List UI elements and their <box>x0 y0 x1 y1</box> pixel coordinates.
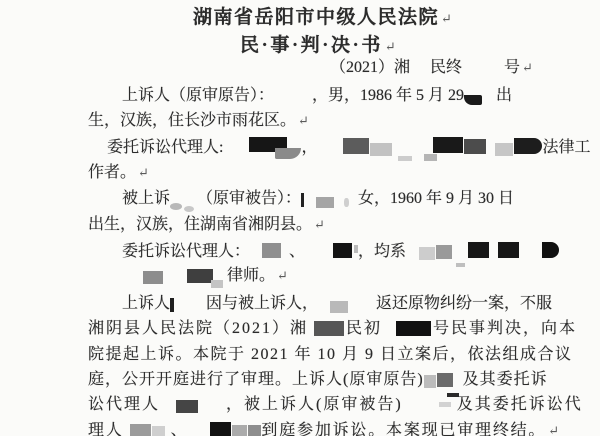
text-run: 民·事·判·决·书 <box>240 35 383 56</box>
redaction-block <box>370 143 392 156</box>
appellee-line-1: 被上诉（原审被告）：女，1960 年 9 月 30 日 <box>122 188 514 210</box>
text-run: 被上诉 <box>122 190 170 207</box>
redaction-block <box>436 245 452 259</box>
text-run: 因与被上诉人， <box>206 295 318 312</box>
appellant-line-2: 生，汉族，住长沙市雨花区。↵ <box>88 110 309 132</box>
text-gap <box>198 408 226 409</box>
text-gap <box>462 71 504 72</box>
redaction-block <box>398 156 412 161</box>
text-run: 院提起上诉。本院于 2021 年 10 月 9 日立案后，依法组成合议 <box>88 346 573 363</box>
redaction-block <box>330 301 348 313</box>
text-gap <box>305 255 333 256</box>
text-run: 民终 <box>430 59 462 76</box>
text-run: 上诉人（原审原告）： <box>122 87 274 104</box>
redaction-block <box>170 298 174 312</box>
appellee-line-2: 出生，汉族，住湖南省湘阴县。↵ <box>88 214 325 236</box>
text-gap <box>317 151 343 152</box>
redaction-block <box>333 243 352 258</box>
text-run: 委托诉讼代理人： <box>122 243 250 260</box>
text-gap <box>304 202 316 203</box>
text-gap <box>519 255 542 256</box>
text-run: 女，1960 年 9 月 30 日 <box>358 190 514 207</box>
redaction-block <box>439 402 451 407</box>
text-run: 湘阴县人民法院（2021）湘 <box>88 320 308 337</box>
text-gap <box>352 255 354 256</box>
redaction-block <box>542 242 559 258</box>
redaction-block <box>211 280 223 288</box>
redaction-block <box>232 425 247 436</box>
text-run: ， <box>301 139 317 156</box>
judgment-document-page: 湖南省岳阳市中级人民法院↵民·事·判·决·书↵（2021）湘民终号↵上诉人（原审… <box>0 0 600 436</box>
redaction-block <box>275 148 301 159</box>
redaction-block <box>262 243 281 258</box>
text-run: （原审被告）： <box>197 190 301 207</box>
redaction-block <box>514 138 542 154</box>
text-gap <box>482 99 496 100</box>
redaction-block <box>170 203 182 210</box>
text-gap <box>486 151 495 152</box>
redaction-block <box>419 247 435 260</box>
redaction-block <box>184 206 194 212</box>
redaction-block <box>464 139 486 154</box>
text-gap <box>174 307 206 308</box>
redaction-block <box>210 422 231 436</box>
text-run: 委托诉讼代理人: <box>107 139 223 156</box>
redaction-block <box>130 424 151 436</box>
text-run: 讼代理人 <box>88 396 160 413</box>
redaction-block <box>301 193 304 207</box>
redaction-block <box>316 197 334 208</box>
paragraph-mark: ↵ <box>138 165 149 180</box>
appellee-agent-line-1: 委托诉讼代理人：、，均系 <box>122 241 559 263</box>
text-run: 作者。 <box>88 164 136 181</box>
paragraph-mark: ↵ <box>522 60 533 75</box>
text-gap <box>334 202 344 203</box>
text-gap <box>348 307 376 308</box>
redaction-block <box>187 269 213 283</box>
text-gap <box>223 151 249 152</box>
case-number-line: （2021）湘民终号↵ <box>330 57 533 79</box>
agent-line-2: 作者。↵ <box>88 162 149 184</box>
text-run: 、 <box>171 422 189 436</box>
text-run: 民初 <box>346 320 382 337</box>
text-gap <box>163 279 187 280</box>
hearing-line-2: 讼代理人，被上诉人(原审被告)及其委托诉讼代 <box>88 394 583 416</box>
text-run: 及其委托诉 <box>463 371 548 388</box>
redaction-block <box>314 321 344 336</box>
text-gap <box>412 151 424 152</box>
text-run: 理人 <box>88 422 124 436</box>
text-gap <box>281 255 289 256</box>
text-run: ，男，1986 年 5 月 29 <box>312 87 464 104</box>
text-run: 上诉人 <box>122 295 170 312</box>
text-run: 到庭参加诉讼。本案现已审理终结。 <box>261 422 546 436</box>
paragraph-mark: ↵ <box>548 423 559 436</box>
text-run: 返还原物纠纷一案，不服 <box>376 295 552 312</box>
redaction-block <box>354 245 358 253</box>
redaction-block <box>498 242 519 258</box>
text-gap <box>318 307 330 308</box>
redaction-block <box>437 373 453 387</box>
text-run: 出生，汉族，住湖南省湘阴县。 <box>88 216 312 233</box>
text-run: 生，汉族，住长沙市雨花区。 <box>88 112 296 129</box>
redaction-block <box>424 375 436 388</box>
appellee-agent-line-2: 律师。↵ <box>143 265 288 287</box>
agent-line-1: 委托诉讼代理人:，法律工 <box>107 137 590 159</box>
redaction-block <box>176 400 198 413</box>
hearing-line-1: 庭，公开开庭进行了审理。上诉人(原审原告)及其委托诉 <box>88 369 548 391</box>
paragraph-mark: ↵ <box>298 113 309 128</box>
hearing-line-3: 理人、到庭参加诉讼。本案现已审理终结。↵ <box>88 420 559 436</box>
text-run: 法律工 <box>542 139 590 156</box>
text-gap <box>403 408 439 409</box>
appellant-line-1: 上诉人（原审原告）：，男，1986 年 5 月 29出 <box>122 85 512 107</box>
text-run: （2021）湘 <box>330 59 410 76</box>
paragraph-mark: ↵ <box>441 11 452 26</box>
redaction-block <box>152 426 165 436</box>
text-run: 律师。 <box>227 267 275 284</box>
text-gap <box>382 332 396 333</box>
redaction-block <box>456 263 465 267</box>
text-gap <box>160 408 176 409</box>
text-run: ，被上诉人(原审被告) <box>226 396 403 413</box>
text-run: 湖南省岳阳市中级人民法院 <box>193 7 439 28</box>
redaction-block <box>248 425 261 436</box>
redaction-block <box>424 154 437 161</box>
paragraph-mark: ↵ <box>385 39 396 54</box>
text-gap <box>452 255 456 256</box>
case-intro-line-2: 湘阴县人民法院（2021）湘民初号民事判决，向本 <box>88 318 577 340</box>
text-run: 号民事判决，向本 <box>433 320 577 337</box>
text-run: ，均系 <box>358 243 406 260</box>
redaction-block <box>468 242 489 258</box>
text-gap <box>406 255 419 256</box>
text-gap <box>392 151 398 152</box>
redaction-block <box>343 138 369 154</box>
redaction-block <box>396 321 431 336</box>
doc-title-line: 民·事·判·决·书↵ <box>240 34 396 59</box>
text-gap <box>250 255 262 256</box>
text-gap <box>489 255 498 256</box>
text-run: 出 <box>496 87 512 104</box>
paragraph-mark: ↵ <box>277 268 288 283</box>
court-name-line: 湖南省岳阳市中级人民法院↵ <box>193 6 452 31</box>
redaction-block <box>464 95 482 105</box>
text-gap <box>410 71 430 72</box>
redaction-block <box>344 198 349 207</box>
text-gap <box>188 434 210 435</box>
text-run: 、 <box>289 243 305 260</box>
redaction-block <box>495 143 513 156</box>
text-run: 及其委托诉讼代 <box>457 396 583 413</box>
case-intro-line-3: 院提起上诉。本院于 2021 年 10 月 9 日立案后，依法组成合议 <box>88 344 573 366</box>
paragraph-mark: ↵ <box>314 217 325 232</box>
text-gap <box>274 99 312 100</box>
redaction-block <box>433 137 463 153</box>
case-intro-line-1: 上诉人因与被上诉人，返还原物纠纷一案，不服 <box>122 293 552 315</box>
text-run: 号 <box>504 59 520 76</box>
redaction-block <box>143 271 163 284</box>
text-gap <box>349 202 358 203</box>
text-run: 庭，公开开庭进行了审理。上诉人(原审原告) <box>88 371 424 388</box>
